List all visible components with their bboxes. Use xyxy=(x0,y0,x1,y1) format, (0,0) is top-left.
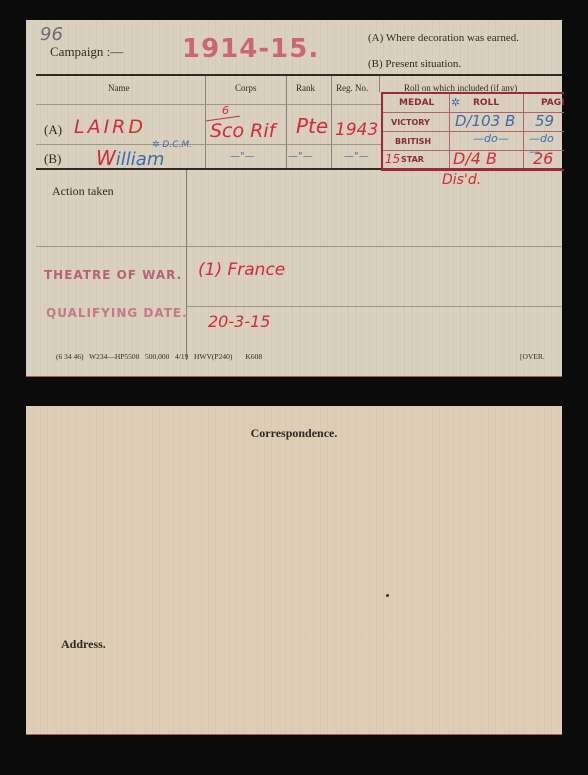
print-code-footer: (6 34 46) W234—HP5500 500,000 4/19 HWV(P… xyxy=(56,352,262,361)
qualifying-date-value: 20-3-15 xyxy=(208,312,270,331)
legend-b: (B) Present situation. xyxy=(368,58,461,70)
col-divider xyxy=(331,76,332,168)
rank-ditto: —"— xyxy=(288,151,313,162)
theatre-rule xyxy=(186,306,562,307)
theatre-of-war-value: (1) France xyxy=(198,260,285,280)
roll-header-roll: ROLL xyxy=(473,98,499,108)
col-header-rank: Rank xyxy=(296,83,315,93)
medal-british: BRITISH xyxy=(395,137,431,146)
row-b-marker: (B) xyxy=(44,151,61,167)
row-a-marker: (A) xyxy=(44,122,62,138)
col-header-corps: Corps xyxy=(235,83,257,93)
col-divider xyxy=(379,76,380,92)
corner-note: 96 xyxy=(40,24,63,45)
action-bottom-rule xyxy=(36,246,562,247)
roll-header-page: PAGE xyxy=(541,98,564,108)
discharged-note: Dis'd. xyxy=(442,172,481,188)
medal-victory: VICTORY xyxy=(391,118,430,127)
theatre-of-war-label: THEATRE OF WAR. xyxy=(44,268,182,282)
col-header-name: Name xyxy=(108,83,130,93)
corps-ditto: —"— xyxy=(230,151,255,162)
over-indicator: [OVER. xyxy=(520,352,545,361)
qualifying-date-label: QUALIFYING DATE. xyxy=(46,306,188,320)
header-rule xyxy=(36,74,562,76)
medal-roll-table: MEDAL ✲ ROLL PAGE VICTORY D/103 B 59 BRI… xyxy=(381,92,564,171)
victory-page: 59 xyxy=(535,112,554,130)
star-prefix: 15 xyxy=(385,152,400,166)
star-mark: ✲ xyxy=(451,96,460,109)
battalion-number: 6 xyxy=(222,104,229,117)
rank: Pte xyxy=(296,114,328,138)
british-roll: —do— xyxy=(473,132,509,145)
campaign-stamp: 1914-15. xyxy=(182,34,319,64)
star-page: 26 xyxy=(533,149,553,168)
campaign-label: Campaign :— xyxy=(50,44,123,60)
roll-box-bottom xyxy=(381,168,562,170)
reg-no-ditto: —"— xyxy=(344,151,369,162)
row-divider xyxy=(36,144,381,145)
corps: Sco Rif xyxy=(210,120,275,142)
col-divider xyxy=(286,76,287,168)
address-label: Address. xyxy=(61,637,106,652)
medal-index-card-front: 96 Campaign :— 1914-15. (A) Where decora… xyxy=(26,20,562,377)
header-bottom-rule xyxy=(36,104,381,105)
col-header-reg-no: Reg. No. xyxy=(336,83,368,93)
ink-speck xyxy=(386,594,389,597)
surname: LAIRD xyxy=(74,116,146,138)
reg-number: 1943 xyxy=(335,120,378,140)
action-taken-label: Action taken xyxy=(52,184,114,199)
decoration-note: ✲ D.C.M. xyxy=(152,140,192,150)
legend-a: (A) Where decoration was earned. xyxy=(368,32,519,44)
col-divider xyxy=(205,76,206,168)
action-divider xyxy=(186,170,187,360)
victory-roll: D/103 B xyxy=(455,112,515,130)
roll-header-medal: MEDAL xyxy=(399,98,434,108)
medal-star: STAR xyxy=(401,155,424,164)
medal-index-card-back: Correspondence. Address. xyxy=(26,406,562,735)
correspondence-label: Correspondence. xyxy=(26,426,562,441)
star-roll: D/4 B xyxy=(453,149,497,168)
